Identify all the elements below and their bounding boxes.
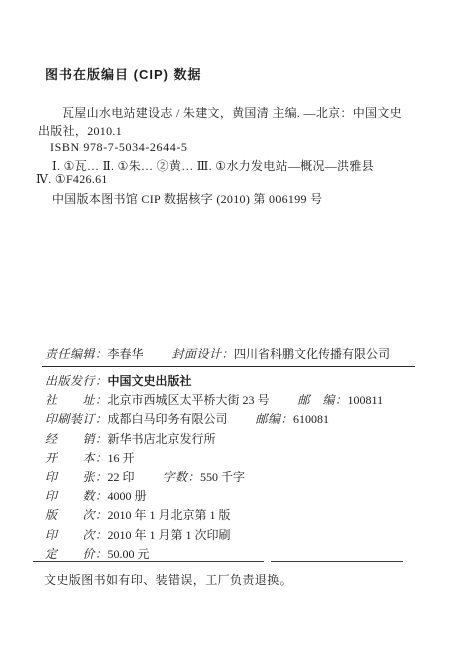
- address-label: 社 址：: [45, 393, 108, 407]
- format-label: 开 本：: [45, 451, 108, 465]
- publisher-value: 中国文史出版社: [108, 374, 192, 388]
- price-value: 50.00 元: [108, 547, 150, 561]
- address-value: 北京市西城区太平桥大街 23 号: [108, 393, 270, 407]
- divider-top: [42, 366, 415, 367]
- row-address: 社 址：北京市西城区太平桥大街 23 号邮 编：100811: [45, 391, 425, 410]
- impression-label: 印 次：: [45, 528, 108, 542]
- edition-value: 2010 年 1 月北京第 1 版: [108, 508, 231, 522]
- row-distributor: 经 销：新华书店北京发行所: [45, 430, 425, 449]
- cip-record-number: 中国版本图书馆 CIP 数据核字 (2010) 第 006199 号: [52, 190, 322, 207]
- cover-design-label: 封面设计：: [172, 347, 235, 361]
- credits-row: 责任编辑：李春华封面设计：四川省科鹏文化传播有限公司: [45, 345, 390, 362]
- sheets-label: 印 张：: [45, 470, 108, 484]
- impression-value: 2010 年 1 月第 1 次印刷: [108, 528, 231, 542]
- printer-label: 印刷装订：: [45, 412, 108, 426]
- colophon-block: 出版发行：中国文史出版社 社 址：北京市西城区太平桥大街 23 号邮 编：100…: [45, 372, 425, 564]
- printer-postcode-label: 邮编：: [256, 412, 294, 426]
- isbn-line: ISBN 978-7-5034-2644-5: [50, 140, 188, 155]
- printer-value: 成都白马印务有限公司: [108, 412, 228, 426]
- classification-line-2: Ⅳ. ①F426.61: [36, 172, 108, 187]
- printer-postcode-value: 610081: [293, 412, 329, 426]
- distributor-label: 经 销：: [45, 432, 108, 446]
- cip-header: 图书在版编目 (CIP) 数据: [45, 64, 202, 83]
- wordcount-value: 550 千字: [200, 470, 245, 484]
- row-sheets: 印 张：22 印字数：550 千字: [45, 468, 425, 487]
- cip-title-line: 瓦屋山水电站建设志 / 朱建文，黄国清 主编. —北京：中国文史: [62, 104, 402, 121]
- sheets-value: 22 印: [108, 470, 135, 484]
- publisher-label: 出版发行：: [45, 374, 108, 388]
- copies-label: 印 数：: [45, 489, 108, 503]
- postcode-label: 邮 编：: [298, 393, 348, 407]
- format-value: 16 开: [108, 451, 135, 465]
- row-edition: 版 次：2010 年 1 月北京第 1 版: [45, 506, 425, 525]
- responsible-editor-label: 责任编辑：: [45, 347, 108, 361]
- cover-design-value: 四川省科鹏文化传播有限公司: [234, 347, 390, 361]
- price-label: 定 价：: [45, 547, 108, 561]
- returns-note: 文史版图书如有印、装错误，工厂负责退换。: [44, 571, 292, 588]
- row-printer: 印刷装订：成都白马印务有限公司邮编：610081: [45, 410, 425, 429]
- row-format: 开 本：16 开: [45, 449, 425, 468]
- copyright-page: 图书在版编目 (CIP) 数据 瓦屋山水电站建设志 / 朱建文，黄国清 主编. …: [0, 0, 450, 656]
- copies-value: 4000 册: [108, 489, 147, 503]
- responsible-editor-value: 李春华: [108, 347, 144, 361]
- divider-segment-left: [33, 561, 264, 562]
- wordcount-label: 字数：: [163, 470, 201, 484]
- postcode-value: 100811: [348, 393, 384, 407]
- cip-publisher-line: 出版社，2010.1: [38, 122, 122, 139]
- row-publisher: 出版发行：中国文史出版社: [45, 372, 425, 391]
- row-impression: 印 次：2010 年 1 月第 1 次印刷: [45, 526, 425, 545]
- row-copies: 印 数：4000 册: [45, 487, 425, 506]
- divider-segment-right: [271, 561, 403, 562]
- edition-label: 版 次：: [45, 508, 108, 522]
- distributor-value: 新华书店北京发行所: [108, 432, 216, 446]
